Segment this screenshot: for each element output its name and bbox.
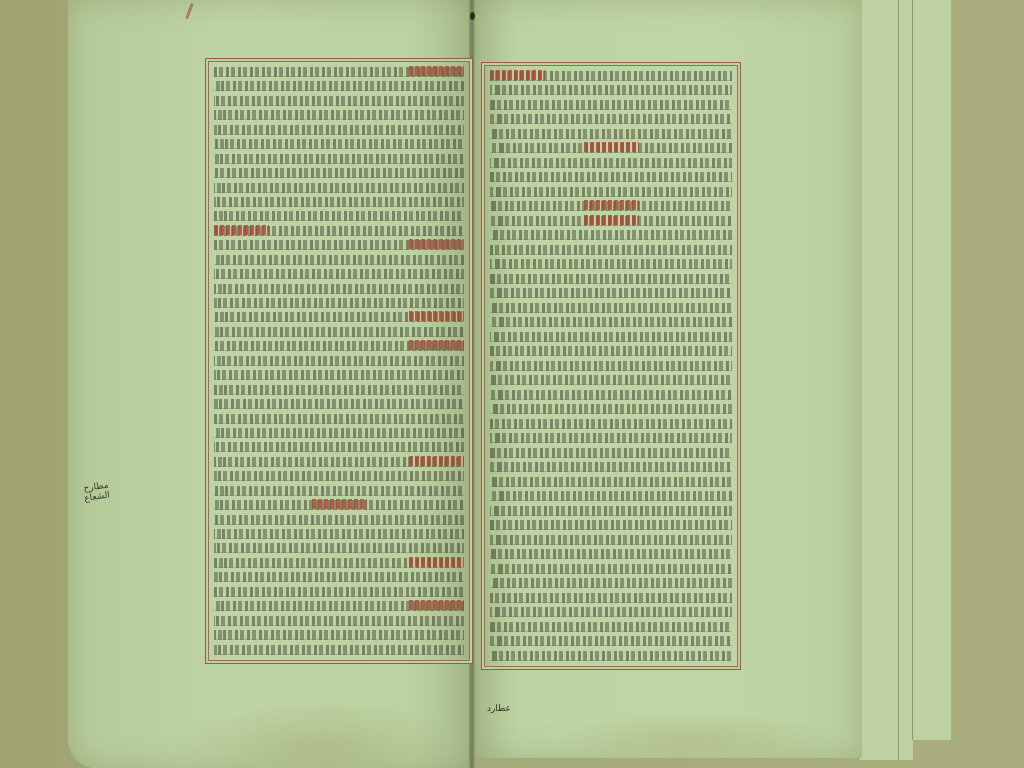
rubric-heading — [584, 215, 639, 225]
text-line — [214, 616, 464, 626]
rubric-heading — [409, 557, 464, 567]
text-line — [214, 96, 464, 106]
text-line — [490, 274, 732, 284]
text-line — [490, 332, 732, 342]
text-line — [490, 288, 732, 298]
text-line — [490, 172, 732, 182]
text-line — [214, 515, 464, 525]
rubric-heading — [409, 311, 464, 321]
left-text-frame — [205, 58, 473, 664]
margin-note: مطارح الشعاع — [86, 481, 112, 514]
text-line — [214, 211, 464, 221]
water-stain — [170, 700, 470, 768]
text-line — [214, 587, 464, 597]
text-line — [490, 651, 732, 661]
text-line — [490, 114, 732, 124]
text-line — [214, 154, 464, 164]
text-line — [490, 129, 732, 139]
text-line — [214, 327, 464, 337]
text-line — [214, 572, 464, 582]
text-line — [490, 433, 732, 443]
text-line — [214, 471, 464, 481]
text-line — [490, 245, 732, 255]
rubric-heading — [214, 225, 269, 235]
text-line — [490, 361, 732, 371]
text-line — [214, 139, 464, 149]
text-line — [490, 506, 732, 516]
text-line — [490, 187, 732, 197]
rubric-heading — [584, 142, 639, 152]
water-stain — [560, 710, 820, 760]
text-line — [490, 230, 732, 240]
text-line — [490, 158, 732, 168]
text-line — [214, 428, 464, 438]
text-line — [214, 183, 464, 193]
text-line — [490, 303, 732, 313]
rubric-heading — [409, 456, 464, 466]
text-line — [490, 462, 732, 472]
page-edges — [898, 0, 913, 760]
rubric-heading — [490, 70, 545, 80]
text-line — [214, 110, 464, 120]
right-text-frame — [481, 62, 741, 670]
rubric-heading — [409, 239, 464, 249]
text-line — [490, 85, 732, 95]
text-line — [214, 414, 464, 424]
rubric-heading — [409, 66, 464, 76]
left-text-lines — [214, 65, 464, 657]
text-line — [490, 593, 732, 603]
text-line — [490, 491, 732, 501]
text-line — [490, 549, 732, 559]
rubric-heading — [584, 200, 639, 210]
text-line — [214, 385, 464, 395]
text-line — [214, 399, 464, 409]
text-line — [214, 529, 464, 539]
text-line — [214, 630, 464, 640]
text-line — [214, 81, 464, 91]
text-line — [214, 284, 464, 294]
text-line — [490, 564, 732, 574]
text-line — [214, 645, 464, 655]
text-line — [214, 356, 464, 366]
text-line — [490, 259, 732, 269]
binding-hole — [470, 12, 475, 20]
rubric-heading — [312, 499, 367, 509]
text-line — [214, 298, 464, 308]
text-line — [214, 197, 464, 207]
text-line — [490, 636, 732, 646]
text-line — [490, 448, 732, 458]
text-line — [490, 578, 732, 588]
text-line — [490, 607, 732, 617]
text-line — [490, 375, 732, 385]
text-line — [490, 346, 732, 356]
catchword: عطارد — [487, 704, 511, 714]
rubric-heading — [409, 600, 464, 610]
text-line — [490, 622, 732, 632]
right-text-lines — [490, 69, 732, 663]
text-line — [214, 486, 464, 496]
text-line — [490, 520, 732, 530]
page-edges — [858, 0, 899, 760]
rubric-heading — [409, 340, 464, 350]
text-line — [214, 442, 464, 452]
text-line — [214, 255, 464, 265]
text-line — [490, 535, 732, 545]
page-edges — [912, 0, 951, 740]
text-line — [214, 125, 464, 135]
text-line — [490, 477, 732, 487]
text-line — [490, 404, 732, 414]
text-line — [490, 100, 732, 110]
text-line — [214, 370, 464, 380]
text-line — [490, 317, 732, 327]
text-line — [214, 543, 464, 553]
text-line — [490, 419, 732, 429]
text-line — [214, 168, 464, 178]
text-line — [490, 390, 732, 400]
text-line — [214, 269, 464, 279]
